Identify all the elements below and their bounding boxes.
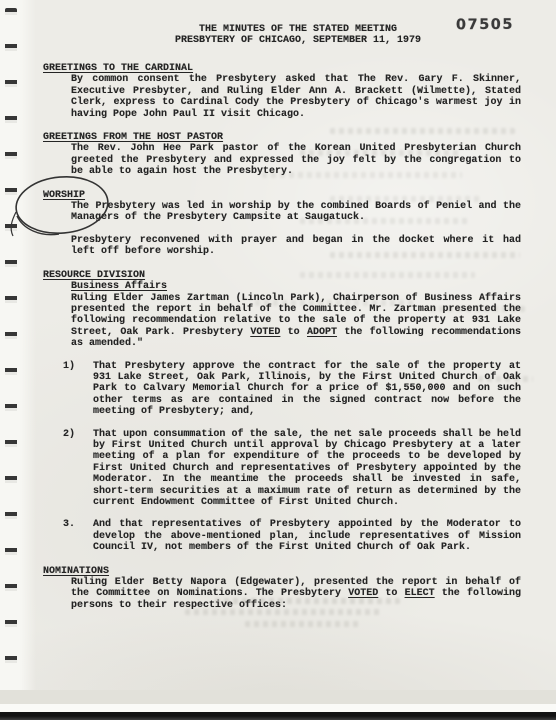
document-header: THE MINUTES OF THE STATED MEETING PRESBY… — [40, 24, 556, 47]
bleed-through-smudge — [330, 252, 520, 258]
item-text: That Presbytery approve the contract for… — [93, 361, 521, 418]
paragraph-nominations-intro: Ruling Elder Betty Napora (Edgewater), p… — [71, 577, 521, 611]
item-text: That upon consummation of the sale, the … — [93, 429, 521, 509]
voted-underlined: VOTED — [250, 327, 280, 338]
subsection-heading-business-affairs: Business Affairs — [71, 281, 521, 292]
intro-text: to — [280, 327, 307, 338]
numbered-item-1: 1) That Presbytery approve the contract … — [63, 361, 521, 418]
item-number: 1) — [63, 361, 93, 418]
bleed-through-smudge — [430, 306, 525, 312]
bleed-through-smudge — [185, 609, 380, 615]
minutes-title-line2: PRESBYTERY OF CHICAGO, SEPTEMBER 11, 197… — [40, 35, 556, 46]
adopt-underlined: ADOPT — [307, 327, 337, 338]
bleed-through-smudge — [255, 300, 415, 306]
scan-edge-black-band — [0, 712, 556, 720]
bleed-through-smudge — [300, 272, 475, 278]
bleed-through-smudge — [300, 218, 470, 224]
item-number: 3. — [63, 519, 93, 553]
bleed-through-smudge — [330, 128, 515, 134]
minutes-title-line1: THE MINUTES OF THE STATED MEETING — [40, 24, 556, 35]
bleed-through-smudge — [215, 598, 400, 604]
numbered-item-2: 2) That upon consummation of the sale, t… — [63, 429, 521, 509]
bleed-through-smudge — [478, 376, 533, 382]
scanned-minutes-page: 07505 THE MINUTES OF THE STATED MEETING … — [0, 0, 556, 720]
numbered-item-3: 3. And that representatives of Presbyter… — [63, 519, 521, 553]
elect-underlined: ELECT — [405, 588, 435, 599]
scan-edge-gray-band — [0, 690, 556, 704]
item-text: And that representatives of Presbytery a… — [93, 519, 521, 553]
bleed-through-smudge — [330, 196, 480, 202]
scan-edge-white-gap — [0, 704, 556, 712]
bleed-through-smudge — [300, 150, 460, 156]
binder-hole-marks — [5, 8, 17, 698]
document-body: GREETINGS TO THE CARDINAL By common cons… — [43, 63, 521, 611]
section-heading-nominations: NOMINATIONS — [43, 566, 521, 577]
item-number: 2) — [63, 429, 93, 509]
bleed-through-smudge — [262, 172, 462, 178]
paragraph-greetings-cardinal: By common consent the Presbytery asked t… — [71, 74, 521, 120]
bleed-through-smudge — [245, 621, 360, 627]
section-heading-greetings-cardinal: GREETINGS TO THE CARDINAL — [43, 63, 521, 74]
